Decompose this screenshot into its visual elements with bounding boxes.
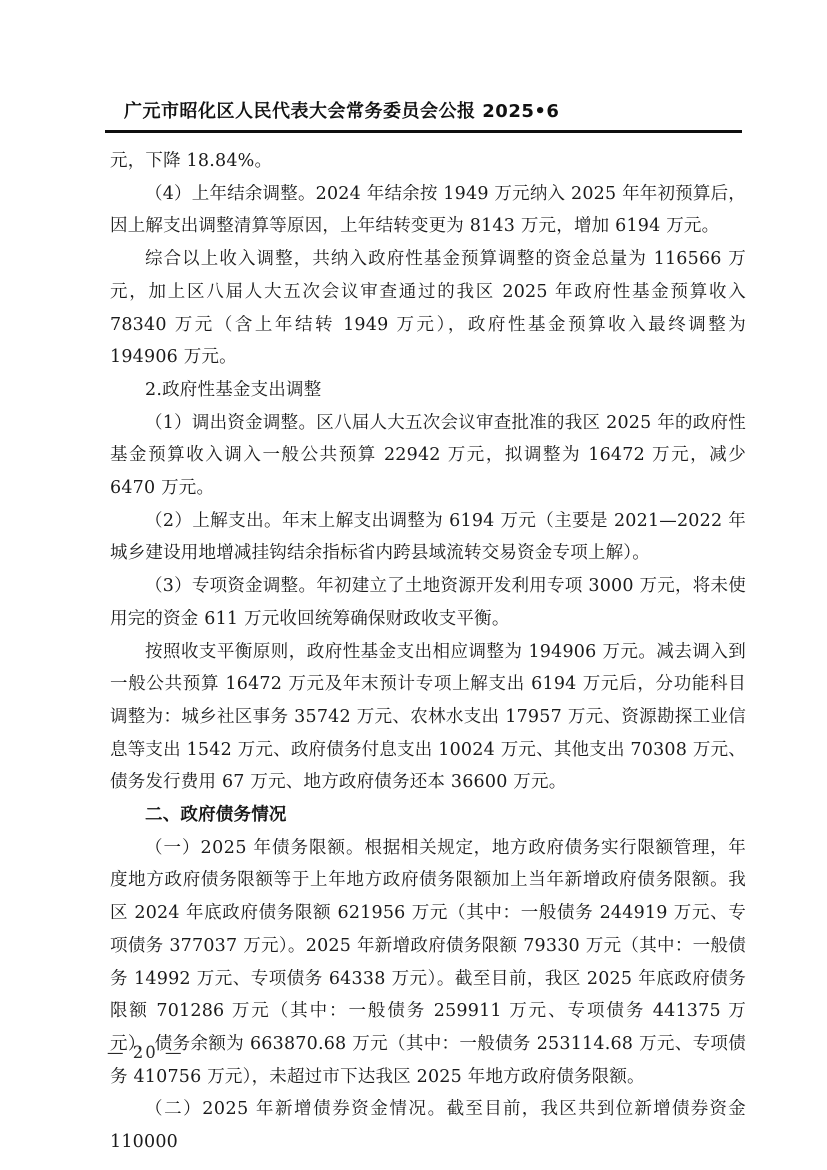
document-body: 元，下降 18.84%。 （4）上年结余调整。2024 年结余按 1949 万元… — [110, 145, 746, 1159]
document-page: 广元市昭化区人民代表大会常务委员会公报 2025•6 元，下降 18.84%。 … — [0, 0, 827, 1170]
subsection-lead-new-bond-funds: （二）2025 年新增债券资金情况。 — [145, 1099, 447, 1119]
paragraph-item-4: （4）上年结余调整。2024 年结余按 1949 万元纳入 2025 年年初预算… — [110, 178, 746, 243]
paragraph-debt-limit: （一）2025 年债务限额。根据相关规定，地方政府债务实行限额管理，年度地方政府… — [110, 832, 746, 1094]
header-rule — [105, 130, 742, 133]
paragraph-continuation: 元，下降 18.84%。 — [110, 145, 746, 178]
page-number: — 20 — — [107, 1043, 184, 1062]
subsection-lead-debt-limit: （一）2025 年债务限额。 — [145, 838, 365, 858]
paragraph-subsection-2-title: 2.政府性基金支出调整 — [110, 374, 746, 407]
paragraph-item-3: （3）专项资金调整。年初建立了土地资源开发利用专项 3000 万元，将未使用完的… — [110, 570, 746, 635]
section-heading-government-debt: 二、政府债务情况 — [110, 799, 746, 832]
page-footer: — 20 — — [107, 1043, 184, 1062]
paragraph-item-1: （1）调出资金调整。区八届人大五次会议审查批准的我区 2025 年的政府性基金预… — [110, 407, 746, 505]
paragraph-new-bond-funds: （二）2025 年新增债券资金情况。截至目前，我区共到位新增债券资金 11000… — [110, 1093, 746, 1158]
paragraph-expenditure-summary: 按照收支平衡原则，政府性基金支出相应调整为 194906 万元。减去调入到一般公… — [110, 636, 746, 800]
gazette-title: 广元市昭化区人民代表大会常务委员会公报 2025•6 — [105, 97, 742, 123]
paragraph-item-2: （2）上解支出。年末上解支出调整为 6194 万元（主要是 2021—2022 … — [110, 505, 746, 570]
page-header: 广元市昭化区人民代表大会常务委员会公报 2025•6 — [105, 97, 742, 133]
subsection-body-debt-limit: 根据相关规定，地方政府债务实行限额管理，年度地方政府债务限额等于上年地方政府债务… — [110, 838, 746, 1087]
paragraph-income-summary: 综合以上收入调整，共纳入政府性基金预算调整的资金总量为 116566 万元，加上… — [110, 243, 746, 374]
